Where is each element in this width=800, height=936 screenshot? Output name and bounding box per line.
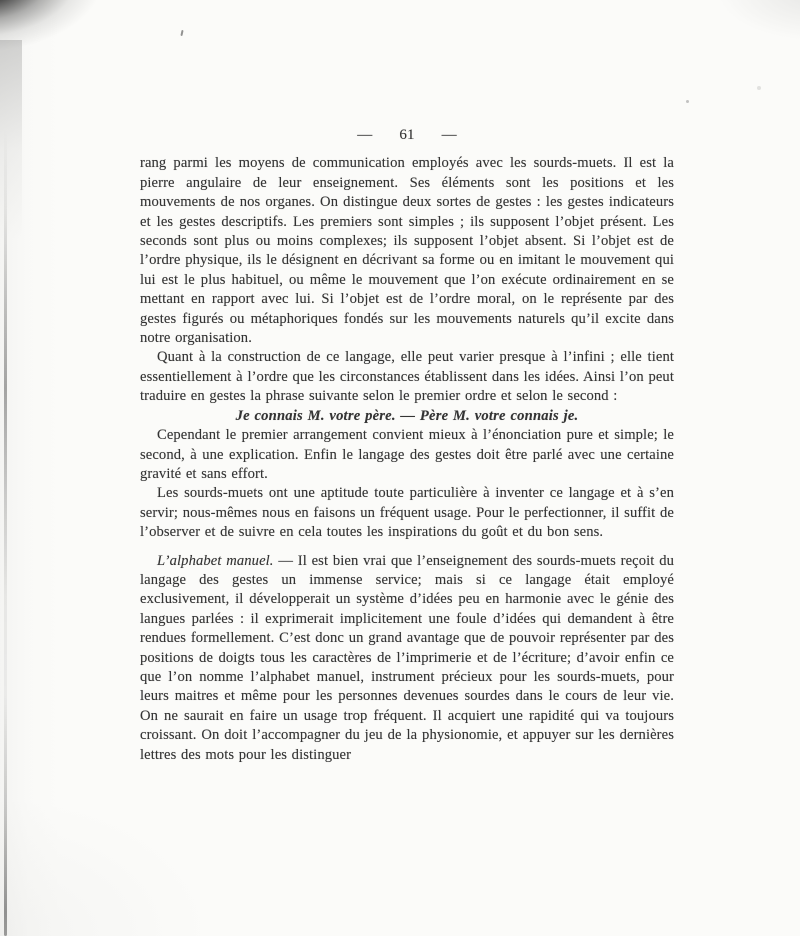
scanned-book-page: — 61 — rang parmi les moyens de communic… xyxy=(0,0,800,936)
text-column: — 61 — rang parmi les moyens de communic… xyxy=(140,126,674,765)
body-paragraph-1: rang parmi les moyens de communication e… xyxy=(140,154,674,348)
body-paragraph-4: Les sourds-muets ont une aptitude toute … xyxy=(140,484,674,542)
header-dash-left: — xyxy=(357,126,372,145)
scan-speck xyxy=(686,100,689,103)
binding-edge-line xyxy=(4,130,7,936)
paragraph-body-text: — Il est bien vrai que l’enseignement de… xyxy=(140,553,674,763)
page-header: — 61 — xyxy=(140,126,674,145)
page-number: 61 xyxy=(399,126,414,145)
scan-speck xyxy=(757,86,761,90)
paragraph-lead-italic: L’alphabet manuel. xyxy=(157,553,274,569)
body-paragraph-3: Cependant le premier arrangement convien… xyxy=(140,426,674,484)
quote-line: Je connais M. votre père. — Père M. votr… xyxy=(140,407,674,426)
body-paragraph-5: L’alphabet manuel. — Il est bien vrai qu… xyxy=(140,552,674,765)
scan-speck xyxy=(180,30,183,36)
scan-smudge-top-right xyxy=(650,0,800,75)
header-dash-right: — xyxy=(442,126,457,145)
body-paragraph-2: Quant à la construction de ce langage, e… xyxy=(140,348,674,406)
